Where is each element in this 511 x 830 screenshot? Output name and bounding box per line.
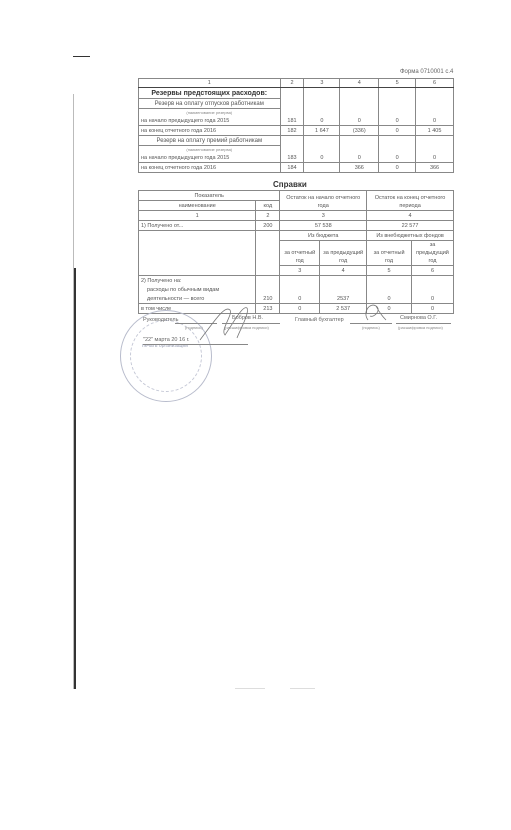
accountant-label: Главный бухгалтер xyxy=(295,317,344,323)
head-name: Бобров Н.В. xyxy=(232,315,263,321)
accountant-name: Смирнова О.Г. xyxy=(400,315,437,321)
form-code: Форма 0710001 с.4 xyxy=(400,69,453,75)
reserve-group-title: Резерв на оплату отпусков работникам xyxy=(139,99,281,109)
head-label: Руководитель xyxy=(143,317,178,323)
accountant-signature xyxy=(360,300,390,325)
references-title: Справки xyxy=(273,180,307,189)
table-row: 1) Получено от... 200 57 538 22 577 xyxy=(139,221,454,231)
table-row: в том числе 213 0 2 537 0 0 xyxy=(139,304,454,314)
references-table: Показатель Остаток на начало отчетного г… xyxy=(138,190,454,314)
table-row: 2) Получено на: 210 0 2537 0 0 xyxy=(139,276,454,286)
left-margin-line-dark xyxy=(74,268,76,689)
stamp-inner-ring xyxy=(130,320,202,392)
table-row: на конец отчетного года 2016 182 1 647 (… xyxy=(139,126,454,136)
top-dash xyxy=(73,56,90,57)
table-row: на конец отчетного года 2016 184 366 0 3… xyxy=(139,163,454,173)
reserves-table-body: 1 2 3 4 5 6 Резервы предстоящих расходов… xyxy=(138,78,454,173)
section-title: Резервы предстоящих расходов: xyxy=(139,88,281,99)
signature-date: "22" марта 20 16 г. xyxy=(143,337,190,343)
reserve-group-title: Резерв на оплату премий работникам xyxy=(139,136,281,146)
